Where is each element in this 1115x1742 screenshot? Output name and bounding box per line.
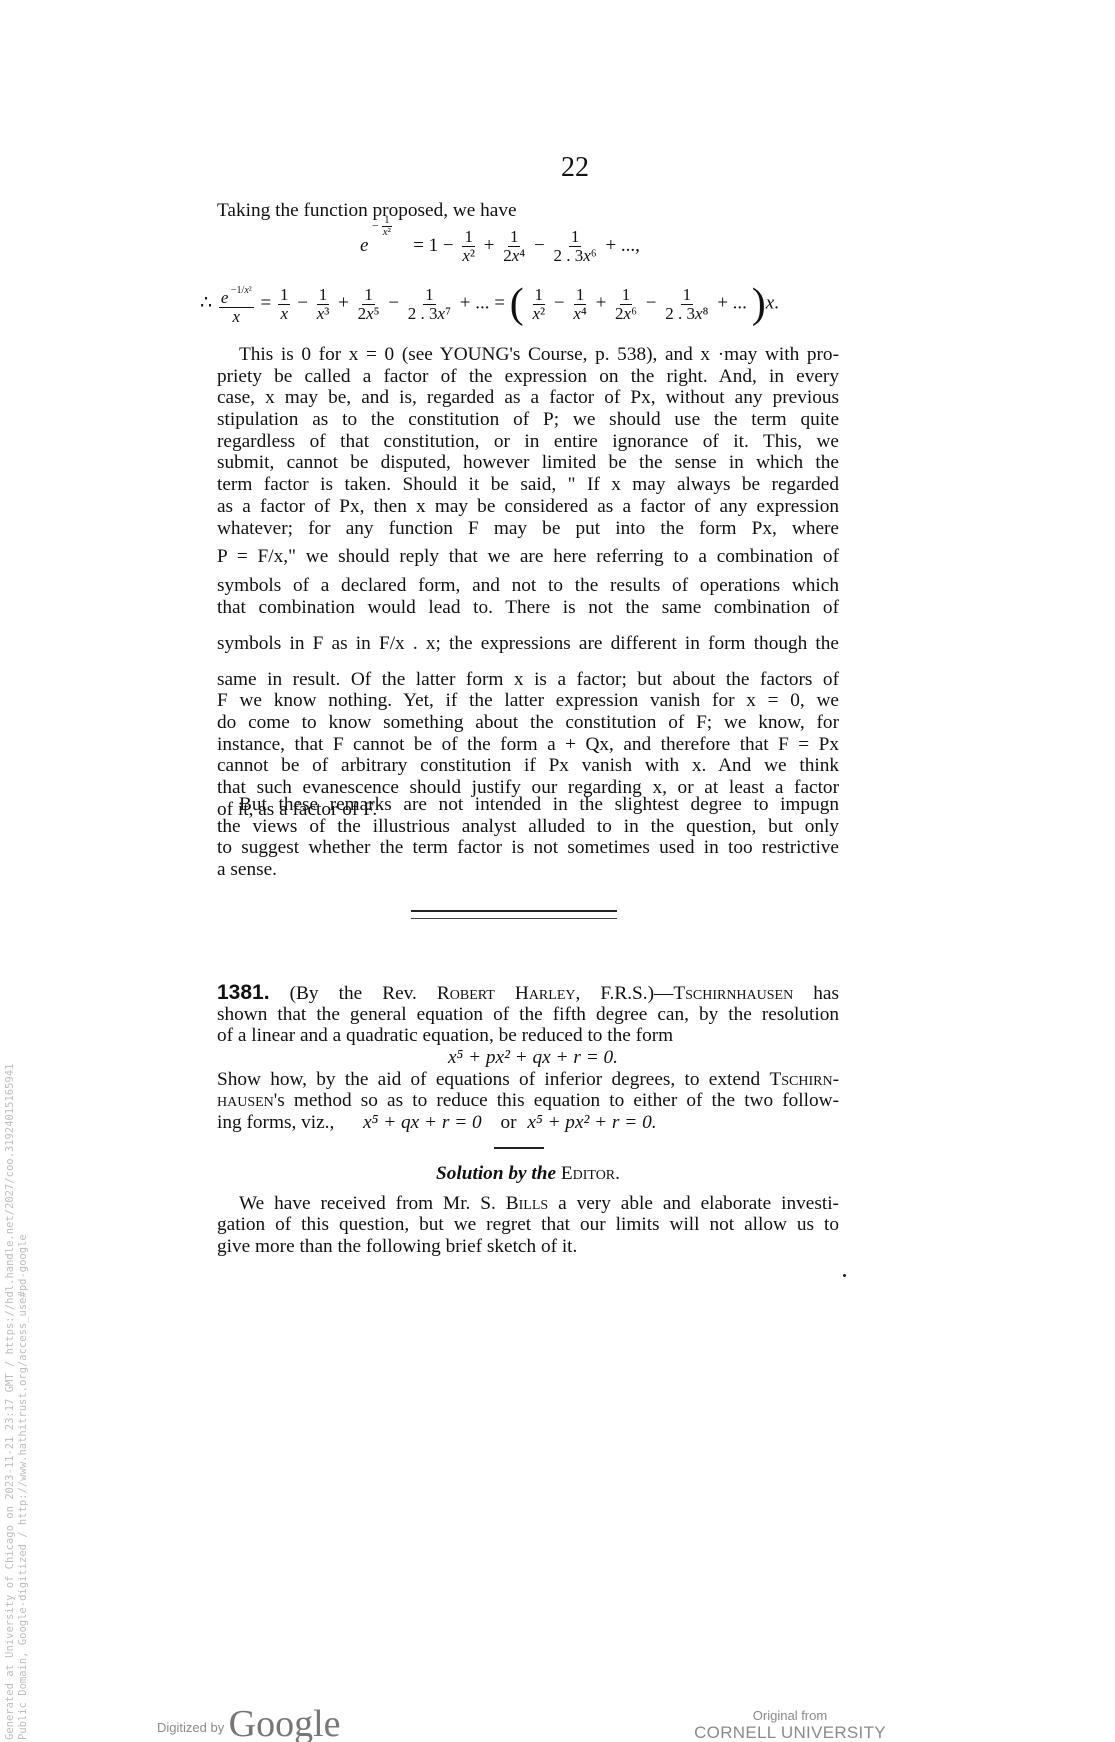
- para1-line: P = F/x," we should reply that we are he…: [217, 539, 839, 575]
- para1-line: symbols in F as in F/x . x; the expressi…: [217, 619, 839, 669]
- question-line: hausen's method so as to reduce this equ…: [217, 1090, 839, 1112]
- para1-line: case, x may be, and is, regarded as a fa…: [217, 387, 839, 409]
- solution-line: gation of this question, but we regret t…: [217, 1214, 839, 1236]
- section-divider: [411, 910, 617, 919]
- equation-divided-series: ∴ e −1/x²x = 1x − 1x³ + 12x⁵ − 12 . 3x⁷ …: [200, 282, 779, 326]
- para1-line: F we know nothing. Yet, if the latter ex…: [217, 690, 839, 712]
- author-prefix: (By the Rev.: [290, 983, 417, 1004]
- question-forms-line: ing forms, viz., x⁵ + qx + r = 0 or x⁵ +…: [217, 1112, 839, 1134]
- intro-line: Taking the function proposed, we have: [217, 200, 839, 222]
- equation-exp-series: e −1x² = 1 − 1x² + 12x⁴ − 12 . 3x⁶ + ...…: [360, 228, 640, 265]
- form-one: x⁵ + qx + r = 0: [363, 1112, 482, 1133]
- author-name: Robert Harley,: [437, 983, 580, 1004]
- para1-line: do come to know something about the cons…: [217, 712, 839, 734]
- page-number: 22: [0, 152, 1115, 184]
- solution-line: We have received from Mr. S. Bills a ver…: [217, 1193, 839, 1215]
- para1-line: regardless of that constitution, or in e…: [217, 431, 839, 453]
- paragraph-factor-discussion: This is 0 for x = 0 (see YOUNG's Course,…: [217, 344, 839, 820]
- para1-line: submit, cannot be disputed, however limi…: [217, 452, 839, 474]
- para2-line: a sense.: [217, 859, 839, 881]
- solution-section: Solution by the Editor. We have received…: [217, 1163, 839, 1258]
- access-watermark: Generated at University of Chicago on 20…: [4, 1064, 30, 1740]
- scan-speck: [843, 1274, 846, 1277]
- person-name-part: Tschirn-: [769, 1069, 839, 1090]
- para1-line: This is 0 for x = 0 (see YOUNG's Course,…: [217, 344, 839, 366]
- para1-line: cannot be of arbitrary constitution if P…: [217, 755, 839, 777]
- para1-line: symbols of a declared form, and not to t…: [217, 575, 839, 597]
- solution-line: give more than the following brief sketc…: [217, 1236, 839, 1258]
- watermark-line: Public Domain, Google-digitized / http:/…: [17, 1064, 30, 1740]
- para1-line: priety be called a factor of the express…: [217, 366, 839, 388]
- eq1-base: e: [360, 235, 368, 256]
- para1-line: term factor is taken. Should it be said,…: [217, 474, 839, 496]
- para1-line: same in result. Of the latter form x is …: [217, 669, 839, 691]
- para1-line: whatever; for any function F may be put …: [217, 518, 839, 540]
- question-1381: 1381. (By the Rev. Robert Harley, F.R.S.…: [217, 982, 839, 1134]
- intro-text: Taking the function proposed, we have: [217, 200, 839, 222]
- para2-line: the views of the illustrious analyst all…: [217, 816, 839, 838]
- short-divider: [494, 1147, 544, 1149]
- question-header-line: 1381. (By the Rev. Robert Harley, F.R.S.…: [217, 982, 839, 1004]
- eq1-exponent: −1x²: [372, 215, 395, 238]
- question-equation: x⁵ + px² + qx + r = 0.: [217, 1047, 839, 1069]
- question-line: shown that the general equation of the f…: [217, 1004, 839, 1026]
- original-from-cornell: Original from CORNELL UNIVERSITY: [650, 1708, 930, 1742]
- question-line: Show how, by the aid of equations of inf…: [217, 1069, 839, 1091]
- watermark-line: Generated at University of Chicago on 20…: [4, 1064, 17, 1740]
- para1-line: stipulation as to the constitution of P;…: [217, 409, 839, 431]
- person-name: Tschirnhausen: [673, 983, 793, 1004]
- google-logo: Google: [229, 1703, 341, 1742]
- para2-line: But these remarks are not intended in th…: [217, 794, 839, 816]
- question-number: 1381.: [217, 981, 270, 1004]
- para1-line: as a factor of Px, then x may be conside…: [217, 496, 839, 518]
- form-two: x⁵ + px² + r = 0.: [527, 1112, 656, 1133]
- therefore-symbol: ∴: [200, 292, 212, 313]
- contributor-name: Bills: [506, 1193, 548, 1214]
- digitized-by-google: Digitized by Google: [157, 1702, 341, 1742]
- author-suffix: F.R.S.)—: [600, 983, 673, 1004]
- para1-line: that combination would lead to. There is…: [217, 597, 839, 619]
- para1-line: instance, that F cannot be of the form a…: [217, 734, 839, 756]
- paragraph-remarks: But these remarks are not intended in th…: [217, 794, 839, 881]
- para2-line: to suggest whether the term factor is no…: [217, 837, 839, 859]
- question-line: of a linear and a quadratic equation, be…: [217, 1025, 839, 1047]
- solution-heading: Solution by the Editor.: [217, 1163, 839, 1185]
- person-name-part: hausen: [217, 1090, 274, 1111]
